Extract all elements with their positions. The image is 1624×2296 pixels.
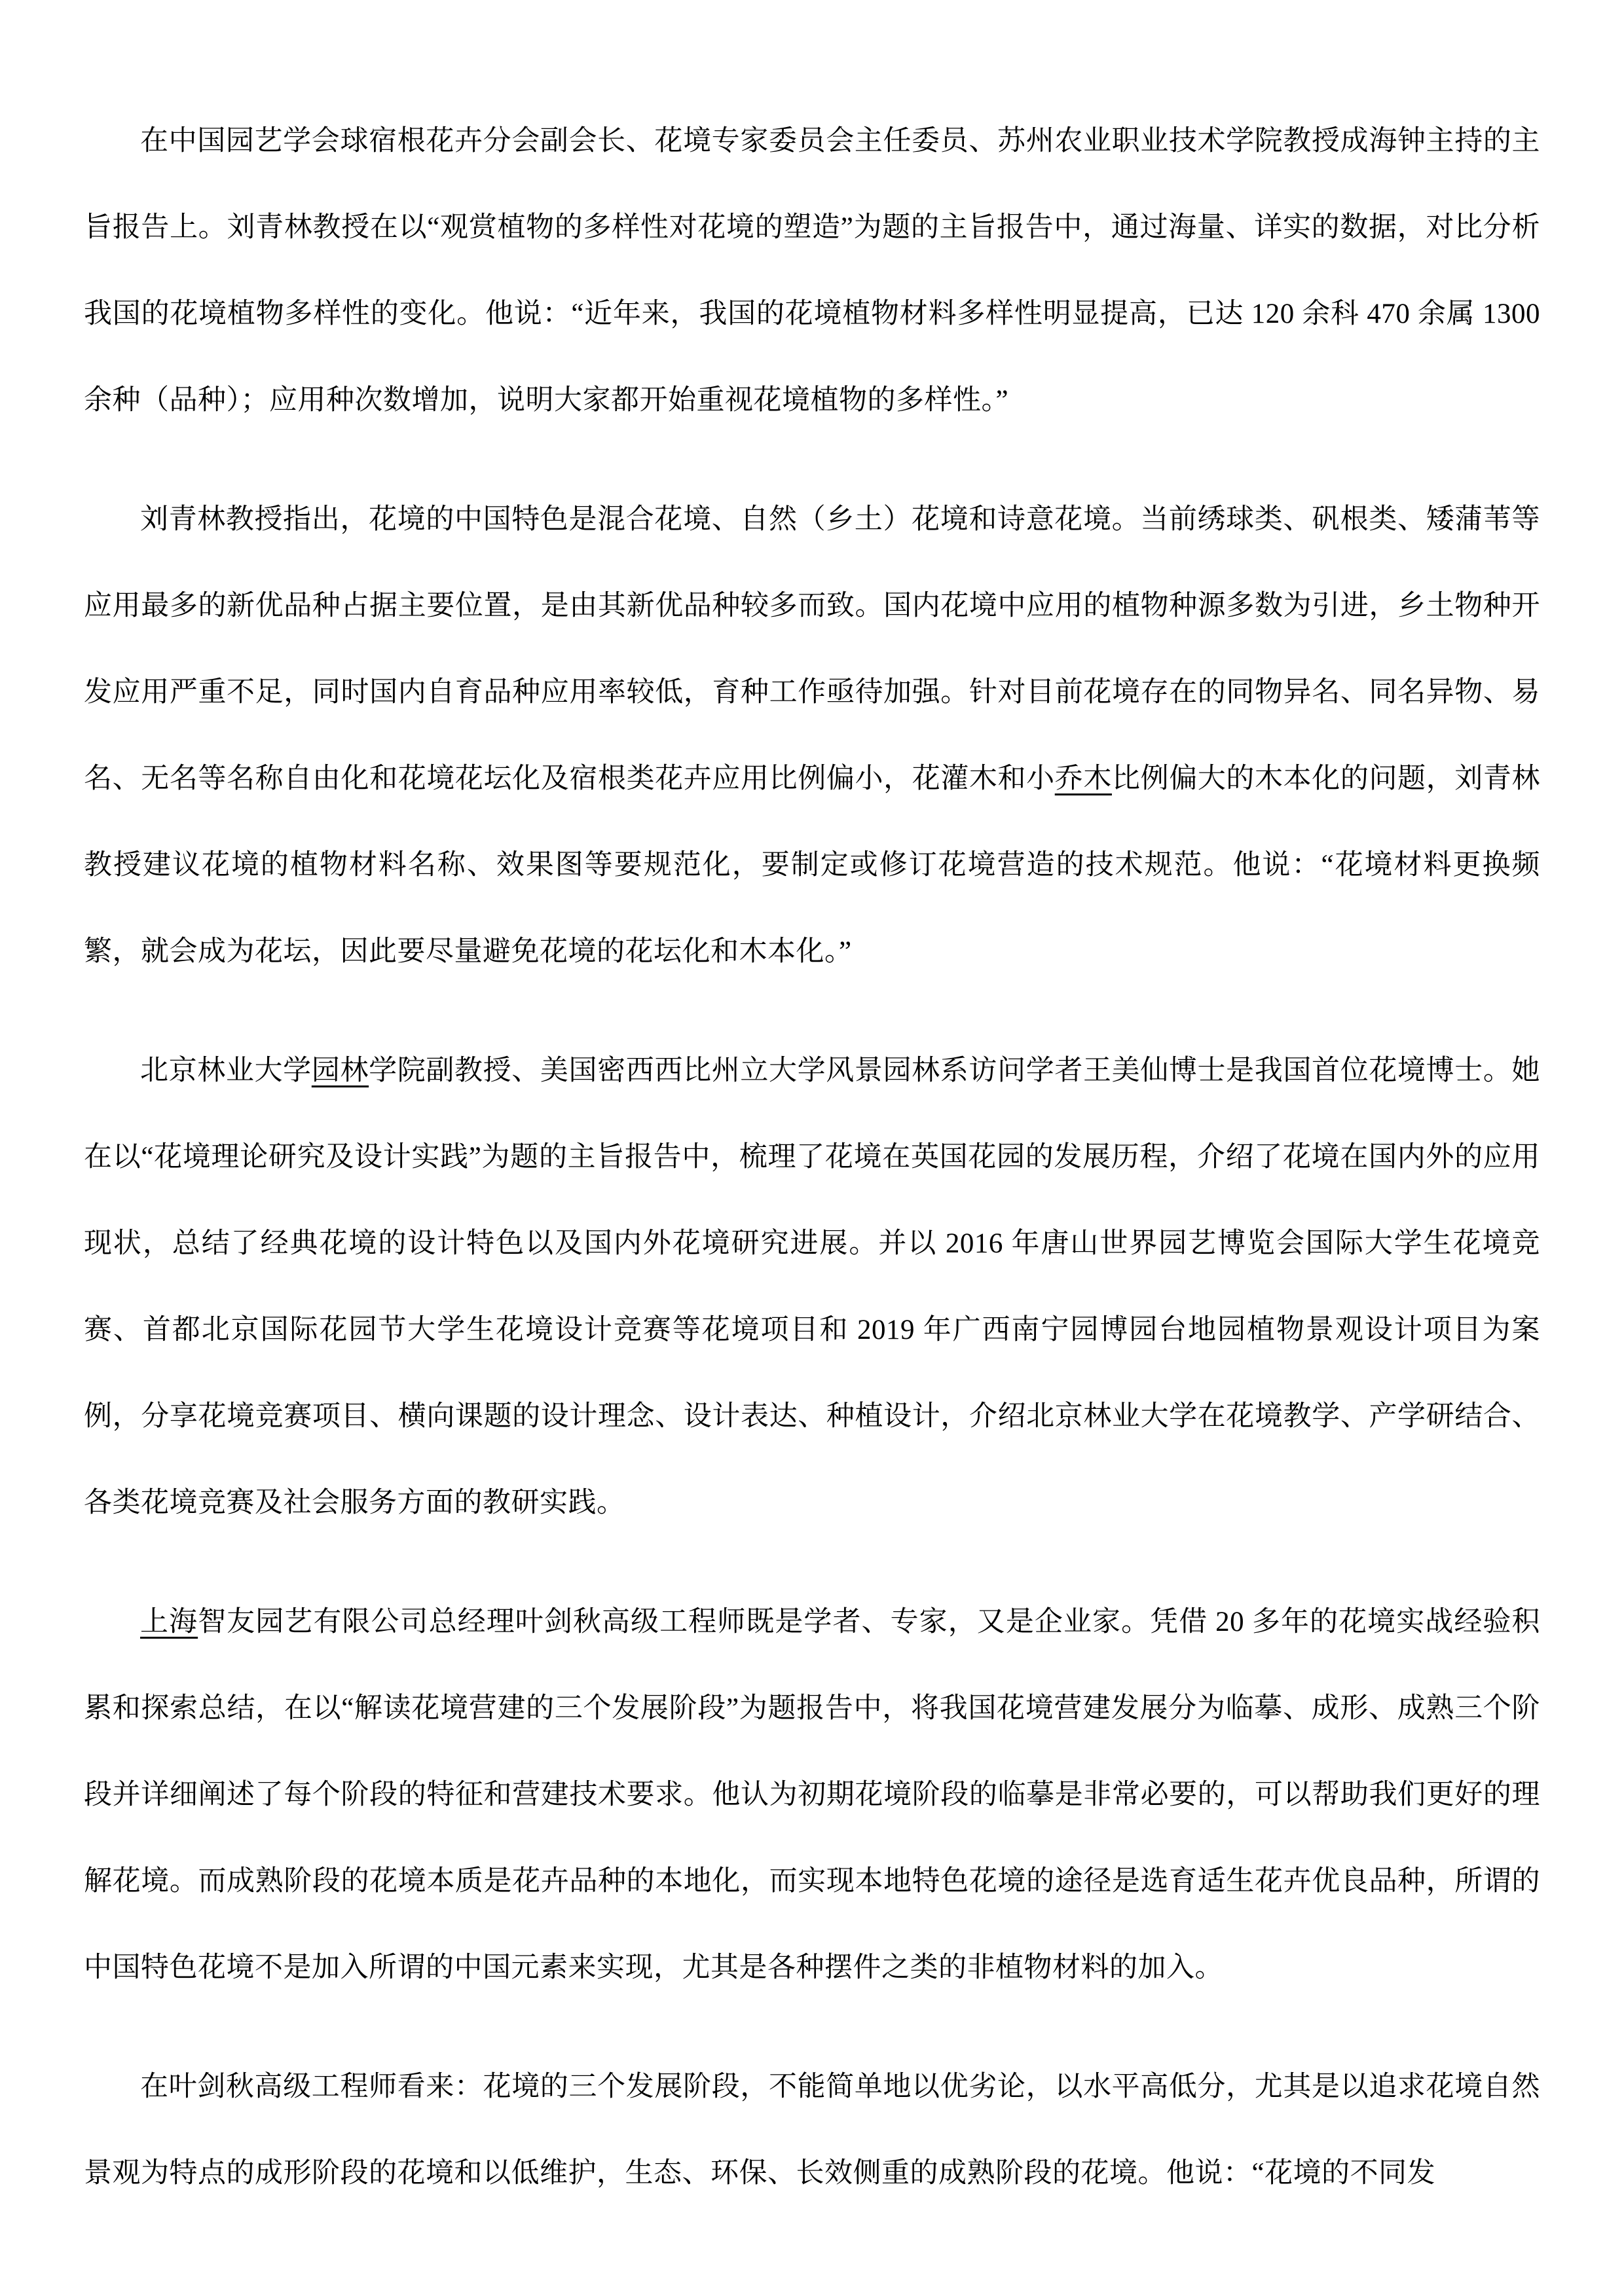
underlined-text-run: 乔木: [1055, 763, 1112, 794]
paragraph: 刘青林教授指出，花境的中国特色是混合花境、自然（乡土）花境和诗意花境。当前绣球类…: [84, 477, 1540, 995]
paragraph: 上海智友园艺有限公司总经理叶剑秋高级工程师既是学者、专家，又是企业家。凭借 20…: [84, 1579, 1540, 2011]
text-run: 智友园艺有限公司总经理叶剑秋高级工程师既是学者、专家，又是企业家。凭借 20 多…: [84, 1607, 1540, 1983]
text-run: 刘青林教授指出，花境的中国特色是混合花境、自然（乡土）花境和诗意花境。当前绣球类…: [84, 504, 1540, 794]
text-run: 北京林业大学: [140, 1055, 312, 1086]
paragraph: 北京林业大学园林学院副教授、美国密西西比州立大学风景园林系访问学者王美仙博士是我…: [84, 1028, 1540, 1546]
document-page: 在中国园艺学会球宿根花卉分会副会长、花境专家委员会主任委员、苏州农业职业技术学院…: [0, 0, 1624, 2296]
underlined-text-run: 园林: [312, 1055, 369, 1086]
text-run: 在中国园艺学会球宿根花卉分会副会长、花境专家委员会主任委员、苏州农业职业技术学院…: [84, 126, 1540, 416]
document-body: 在中国园艺学会球宿根花卉分会副会长、花境专家委员会主任委员、苏州农业职业技术学院…: [84, 98, 1540, 2217]
paragraph: 在中国园艺学会球宿根花卉分会副会长、花境专家委员会主任委员、苏州农业职业技术学院…: [84, 98, 1540, 444]
text-run: 在叶剑秋高级工程师看来：花境的三个发展阶段，不能简单地以优劣论，以水平高低分，尤…: [84, 2071, 1540, 2189]
text-run: 学院副教授、美国密西西比州立大学风景园林系访问学者王美仙博士是我国首位花境博士。…: [84, 1055, 1540, 1518]
paragraph: 在叶剑秋高级工程师看来：花境的三个发展阶段，不能简单地以优劣论，以水平高低分，尤…: [84, 2044, 1540, 2217]
underlined-text-run: 上海: [140, 1607, 198, 1637]
